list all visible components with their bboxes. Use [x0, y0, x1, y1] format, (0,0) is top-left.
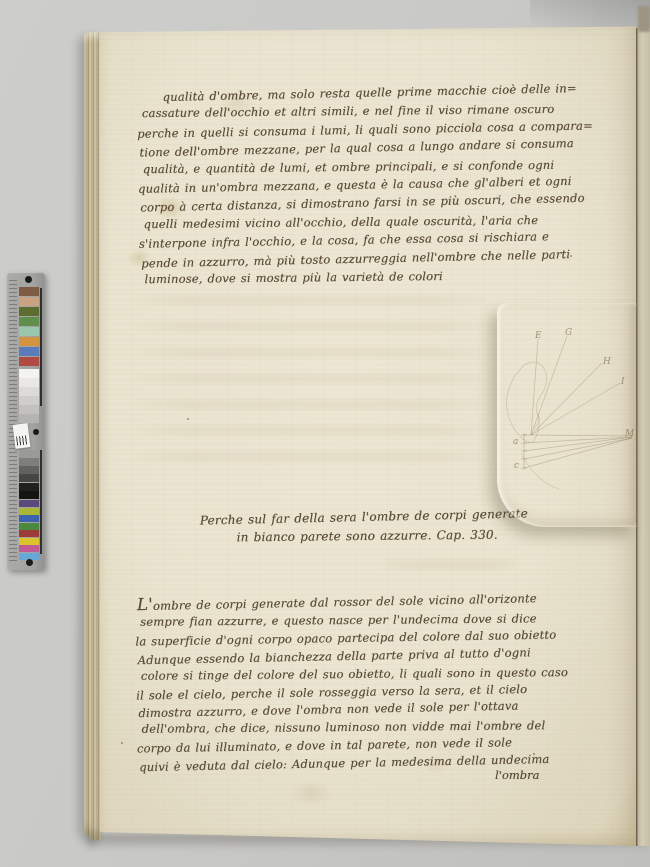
gutter-top-sliver — [638, 6, 650, 32]
color-patch — [19, 307, 39, 316]
color-patch — [19, 538, 39, 545]
color-patch — [19, 530, 39, 537]
show-through-streak — [131, 348, 491, 357]
show-through-streak — [131, 374, 491, 383]
heading-line: in bianco parete sono azzurre. Cap. 330. — [162, 525, 572, 548]
color-patch — [19, 523, 39, 530]
gray-patch — [19, 378, 39, 387]
gray-patch — [19, 369, 39, 378]
show-through-streak — [131, 426, 491, 435]
registration-dot-top — [25, 276, 32, 283]
ruler-barcode-label — [13, 423, 31, 449]
paper-stain — [289, 780, 333, 806]
gray-patch — [19, 396, 39, 405]
show-through-streak — [131, 322, 491, 331]
show-through-streak — [131, 400, 491, 409]
color-patch — [19, 327, 39, 336]
color-patch — [19, 337, 39, 346]
black-patches — [19, 483, 39, 499]
color-patch — [19, 297, 39, 306]
color-patch — [19, 357, 39, 366]
color-patch — [19, 347, 39, 356]
show-through-streak — [131, 452, 491, 461]
black-patch — [19, 491, 39, 499]
gray-patch — [19, 458, 39, 466]
paragraph-top: qualità d'ombre, ma solo resta quelle pr… — [136, 81, 553, 290]
color-patch — [19, 515, 39, 522]
diagram-label: c — [514, 461, 519, 471]
facing-page-gutter-edge — [636, 28, 650, 846]
color-patch — [19, 317, 39, 326]
diagram-label: G — [565, 328, 572, 338]
diagram-label: M — [625, 429, 634, 439]
diagram-label: I — [621, 377, 625, 387]
show-through-streak — [131, 296, 491, 305]
diagram-label: E — [535, 331, 542, 341]
ruler-groove — [40, 288, 42, 406]
registration-dot-bottom — [26, 559, 33, 566]
gray-patch — [19, 414, 39, 423]
gray-patch — [19, 387, 39, 396]
catchword: l'ombra — [495, 768, 539, 782]
show-through-streak — [379, 560, 519, 569]
color-patch — [19, 545, 39, 552]
color-patch — [19, 500, 39, 507]
registration-dot-mid — [33, 429, 39, 435]
ruler-groove — [40, 450, 42, 554]
gray-patch — [19, 466, 39, 474]
color-patch — [19, 287, 39, 296]
book-page-stack-edge — [83, 32, 102, 840]
gray-scale-steps-lower — [19, 450, 39, 482]
gray-patch — [19, 474, 39, 482]
black-patch — [19, 483, 39, 491]
gray-scale-steps-upper — [19, 369, 39, 423]
ruler-tick-marks — [9, 280, 17, 562]
paragraph-bottom: L'ombre de corpi generate dal rossor del… — [135, 589, 555, 776]
handwritten-line: luminose, dove si mostra più la varietà … — [144, 266, 558, 289]
ink-speck — [187, 418, 189, 420]
diagram-label: H — [603, 357, 611, 367]
ink-speck — [121, 742, 123, 744]
color-patch — [19, 508, 39, 515]
color-calibration-target — [7, 272, 45, 570]
color-patch-column-lower — [19, 500, 39, 560]
photograph-stage: qualità d'ombre, ma solo resta quelle pr… — [0, 0, 650, 867]
color-patch-column-upper — [19, 287, 39, 367]
gray-patch — [19, 405, 39, 414]
diagram-label: a — [513, 437, 518, 447]
gray-patch — [19, 450, 39, 458]
inserted-flap-page: EGHIMac — [497, 303, 637, 527]
ink-speck — [570, 255, 572, 257]
